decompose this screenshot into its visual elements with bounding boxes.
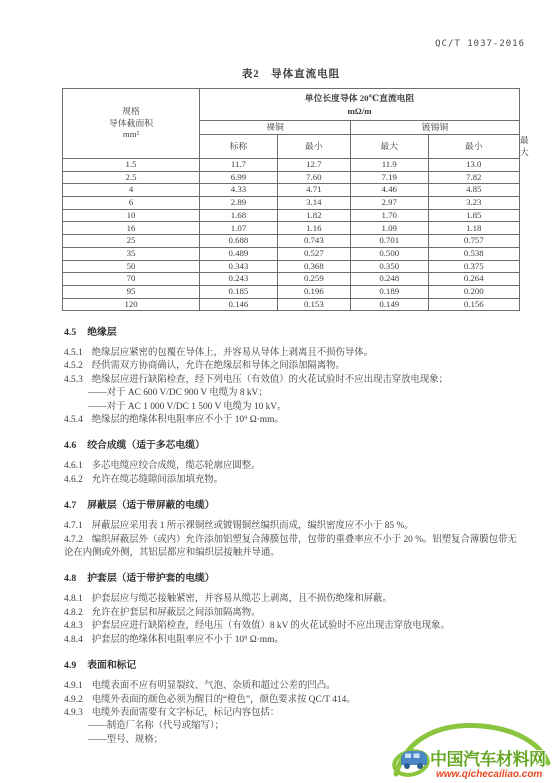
spec-header-cell: 规格 导体截面积 mm²	[63, 89, 200, 159]
table-cell: 0.368	[277, 260, 350, 273]
document-page: QC/T 1037-2016 表2 导体直流电阻 规格 导体截面积 mm² 单位…	[0, 0, 554, 783]
item-number: 4.8.1	[64, 594, 83, 604]
dash-item: ——对于 AC 600 V/DC 900 V 电缆为 8 kV；	[64, 387, 522, 400]
section-item: 4.5.4绝缘层的绝缘体积电阻率应不小于 10⁹ Ω·mm。	[64, 414, 522, 427]
table-cell: 7.82	[428, 171, 519, 184]
section-item: 4.6.1多芯电缆应绞合成缆，缆芯轮廓应圆整。	[64, 460, 522, 473]
table-cell: 11.7	[200, 159, 278, 172]
item-number: 4.9.1	[64, 681, 83, 691]
item-text: 护套层应与缆芯接触紧密，并容易从缆芯上剥离，且不损伤绝缘和屏蔽。	[92, 594, 392, 604]
table-row: 1.511.712.711.913.0	[63, 159, 520, 172]
section-item: 4.5.2经供需双方协商确认，允许在绝缘层和导体之间添加隔离物。	[64, 360, 522, 373]
table-cell: 1.07	[200, 222, 278, 235]
table-cell: 4.71	[277, 184, 350, 197]
section-item: 4.8.2允许在护套层和屏蔽层之间添加隔离物。	[64, 607, 522, 620]
table-cell: 0.500	[350, 247, 428, 260]
table-row: 350.4890.5270.5000.538	[63, 247, 520, 260]
table-cell: 0.375	[428, 260, 519, 273]
item-number: 4.6.2	[64, 475, 83, 485]
table-cell: 12.7	[277, 159, 350, 172]
table-cell: 1.82	[277, 209, 350, 222]
item-text: 绝缘层应紧密的包覆在导体上，并容易从导体上剥离且不损伤导体。	[92, 348, 373, 358]
table-row: 700.2430.2590.2480.264	[63, 273, 520, 286]
section-item: 4.9.1电缆表面不应有明显裂纹、气泡、杂质和超过公差的凹凸。	[64, 680, 522, 693]
section-item: 4.8.1护套层应与缆芯接触紧密，并容易从缆芯上剥离，且不损伤绝缘和屏蔽。	[64, 593, 522, 606]
table-cell: 120	[63, 298, 200, 311]
item-text: 允许在缆芯缝隙间添加填充物。	[92, 475, 223, 485]
group-header-tinned-copper: 镀锡铜	[350, 121, 519, 135]
item-text: 编织屏蔽层外（或内）允许添加铝塑复合薄膜包带，包带的重叠率应不小于 20 %。铝…	[64, 535, 517, 558]
table-cell: 1.18	[428, 222, 519, 235]
item-number: 4.9.2	[64, 695, 83, 705]
section-heading: 4.8护套层（适于带护套的电缆）	[64, 570, 522, 584]
table-cell: 2.89	[200, 197, 278, 210]
table-cell: 0.156	[428, 298, 519, 311]
table-cell: 1.5	[63, 159, 200, 172]
table-cell: 0.200	[428, 285, 519, 298]
item-text: 多芯电缆应绞合成缆，缆芯轮廓应圆整。	[92, 461, 261, 471]
item-text: 经供需双方协商确认，允许在绝缘层和导体之间添加隔离物。	[92, 361, 345, 371]
table-cell: 95	[63, 285, 200, 298]
section-title: 绞合成缆（适于多芯电缆）	[87, 440, 205, 451]
section-item: 4.7.2编织屏蔽层外（或内）允许添加铝塑复合薄膜包带，包带的重叠率应不小于 2…	[64, 534, 522, 561]
table-cell: 35	[63, 247, 200, 260]
table-row: 250.6880.7430.7010.757	[63, 235, 520, 248]
table-cell: 6.99	[200, 171, 278, 184]
item-number: 4.5.2	[64, 361, 83, 371]
group-header-bare-copper: 裸铜	[200, 121, 351, 135]
table-row: 161.071.161.091.18	[63, 222, 520, 235]
table-row: 500.3430.3680.3500.375	[63, 260, 520, 273]
table-cell: 7.19	[350, 171, 428, 184]
item-number: 4.9.3	[64, 708, 83, 718]
table-cell: 0.757	[428, 235, 519, 248]
table-cell: 1.16	[277, 222, 350, 235]
watermark-graphic: 中国汽车材料网 www.qichecailiao.com	[390, 718, 552, 780]
table-cell: 0.243	[200, 273, 278, 286]
watermark-site-name: 中国汽车材料网	[430, 749, 546, 769]
table-cell: 0.264	[428, 273, 519, 286]
sub-header: 最大	[350, 135, 428, 159]
sub-header: 最小	[428, 135, 519, 159]
section-number: 4.8	[64, 573, 76, 584]
item-number: 4.8.2	[64, 608, 83, 618]
section-number: 4.5	[64, 327, 76, 338]
table-cell: 0.149	[350, 298, 428, 311]
table-cell: 0.196	[277, 285, 350, 298]
sub-header: 标称	[200, 135, 278, 159]
dash-item: ——对于 AC 1 000 V/DC 1 500 V 电缆为 10 kV。	[64, 401, 522, 414]
table-cell: 25	[63, 235, 200, 248]
table-cell: 11.9	[350, 159, 428, 172]
section-title: 表面和标记	[87, 660, 136, 671]
section-heading: 4.7屏蔽层（适于带屏蔽的电缆）	[64, 497, 522, 511]
table-cell: 70	[63, 273, 200, 286]
section-title: 绝缘层	[87, 327, 116, 338]
item-number: 4.6.1	[64, 461, 83, 471]
section-item: 4.7.1屏蔽层应采用表 1 所示裸铜丝或镀锡铜丝编织而成，编织密度应不小于 8…	[64, 520, 522, 533]
table-cell: 16	[63, 222, 200, 235]
item-text: 护套层应进行缺陷检查，经电压（有效值）8 kV 的火花试验时不应出现击穿放电现象…	[92, 621, 450, 631]
item-text: 绝缘层的绝缘体积电阻率应不小于 10⁹ Ω·mm。	[92, 415, 284, 425]
table-cell: 0.489	[200, 247, 278, 260]
spec-line: 导体截面积	[63, 118, 199, 130]
table-row: 1200.1460.1530.1490.156	[63, 298, 520, 311]
table-cell: 0.248	[350, 273, 428, 286]
item-number: 4.8.3	[64, 621, 83, 631]
table-cell: 1.85	[428, 209, 519, 222]
table-row: 101.681.821.701.85	[63, 209, 520, 222]
sections: 4.5绝缘层4.5.1绝缘层应紧密的包覆在导体上，并容易从导体上剥离且不损伤导体…	[64, 314, 522, 747]
section-item: 4.9.2电缆外表面的颜色必须为醒目的“橙色”，颜色要求按 QC/T 414。	[64, 694, 522, 707]
table-cell: 7.60	[277, 171, 350, 184]
item-text: 电缆外表面的颜色必须为醒目的“橙色”，颜色要求按 QC/T 414。	[92, 695, 356, 705]
item-text: 屏蔽层应采用表 1 所示裸铜丝或镀锡铜丝编织而成，编织密度应不小于 85 %。	[92, 521, 414, 531]
table-cell: 0.153	[277, 298, 350, 311]
conductor-resistance-table: 规格 导体截面积 mm² 单位长度导体 20℃直流电阻 mΩ/m 裸铜 镀锡铜 …	[62, 88, 520, 311]
table-cell: 2.5	[63, 171, 200, 184]
table-cell: 0.701	[350, 235, 428, 248]
table-cell: 0.185	[200, 285, 278, 298]
section-number: 4.6	[64, 440, 76, 451]
table-cell: 2.97	[350, 197, 428, 210]
sub-header: 最小	[277, 135, 350, 159]
watermark-logo: 中国汽车材料网 www.qichecailiao.com	[390, 718, 552, 780]
table-cell: 4	[63, 184, 200, 197]
table-cell: 0.146	[200, 298, 278, 311]
section-title: 屏蔽层（适于带屏蔽的电缆）	[87, 500, 214, 511]
section-heading: 4.9表面和标记	[64, 657, 522, 671]
table-row: 44.334.714.464.85	[63, 184, 520, 197]
table-row: 2.56.997.607.197.82	[63, 171, 520, 184]
table-cell: 0.189	[350, 285, 428, 298]
item-number: 4.5.3	[64, 375, 83, 385]
table-cell: 0.538	[428, 247, 519, 260]
watermark-site-url: www.qichecailiao.com	[436, 769, 542, 780]
item-number: 4.5.1	[64, 348, 83, 358]
table-cell: 4.85	[428, 184, 519, 197]
table-cell: 50	[63, 260, 200, 273]
section-item: 4.8.3护套层应进行缺陷检查，经电压（有效值）8 kV 的火花试验时不应出现击…	[64, 620, 522, 633]
table-cell: 0.688	[200, 235, 278, 248]
table-cell: 1.68	[200, 209, 278, 222]
table-cell: 0.259	[277, 273, 350, 286]
table-row: 950.1850.1960.1890.200	[63, 285, 520, 298]
table-cell: 3.23	[428, 197, 519, 210]
section-number: 4.9	[64, 660, 76, 671]
item-text: 允许在护套层和屏蔽层之间添加隔离物。	[92, 608, 261, 618]
item-text: 电缆外表面需要有文字标记，标记内容包括：	[92, 708, 280, 718]
section-heading: 4.6绞合成缆（适于多芯电缆）	[64, 437, 522, 451]
table-cell: 0.343	[200, 260, 278, 273]
table-row: 62.893.142.973.23	[63, 197, 520, 210]
section-item: 4.6.2允许在缆芯缝隙间添加填充物。	[64, 474, 522, 487]
table-cell: 0.743	[277, 235, 350, 248]
section-title: 护套层（适于带护套的电缆）	[87, 573, 214, 584]
table-cell: 0.527	[277, 247, 350, 260]
car-icon	[401, 751, 427, 769]
table-cell: 1.70	[350, 209, 428, 222]
table-caption: 表2 导体直流电阻	[62, 66, 520, 81]
section-item: 4.5.3绝缘层应进行缺陷检查，经下列电压（有效值）的火花试验时不应出现击穿放电…	[64, 374, 522, 387]
spec-line: 规格	[63, 106, 199, 118]
section-item: 4.5.1绝缘层应紧密的包覆在导体上，并容易从导体上剥离且不损伤导体。	[64, 347, 522, 360]
table-cell: 6	[63, 197, 200, 210]
table-cell: 4.46	[350, 184, 428, 197]
table-cell: 0.350	[350, 260, 428, 273]
table-header-row-1: 规格 导体截面积 mm² 单位长度导体 20℃直流电阻 mΩ/m	[63, 89, 520, 121]
table-body: 1.511.712.711.913.02.56.997.607.197.8244…	[63, 159, 520, 311]
standard-number: QC/T 1037-2016	[435, 39, 525, 49]
table-cell: 4.33	[200, 184, 278, 197]
section-heading: 4.5绝缘层	[64, 324, 522, 338]
item-text: 绝缘层应进行缺陷检查，经下列电压（有效值）的火花试验时不应出现击穿放电现象；	[92, 375, 448, 385]
resistance-header-cell: 单位长度导体 20℃直流电阻 mΩ/m	[200, 89, 520, 121]
item-text: 护套层的绝缘体积电阻率应不小于 10⁹ Ω·mm。	[92, 635, 284, 645]
resistance-header-title: 单位长度导体 20℃直流电阻	[200, 92, 519, 105]
table-cell: 1.09	[350, 222, 428, 235]
item-text: 电缆表面不应有明显裂纹、气泡、杂质和超过公差的凹凸。	[92, 681, 336, 691]
section-item: 4.8.4护套层的绝缘体积电阻率应不小于 10⁹ Ω·mm。	[64, 634, 522, 647]
item-number: 4.8.4	[64, 635, 83, 645]
table-cell: 3.14	[277, 197, 350, 210]
table-cell: 13.0	[428, 159, 519, 172]
item-number: 4.5.4	[64, 415, 83, 425]
item-number: 4.7.2	[64, 535, 83, 545]
table-cell: 10	[63, 209, 200, 222]
item-number: 4.7.1	[64, 521, 83, 531]
section-number: 4.7	[64, 500, 76, 511]
spec-line: mm²	[63, 129, 199, 141]
resistance-header-unit: mΩ/m	[200, 105, 519, 118]
